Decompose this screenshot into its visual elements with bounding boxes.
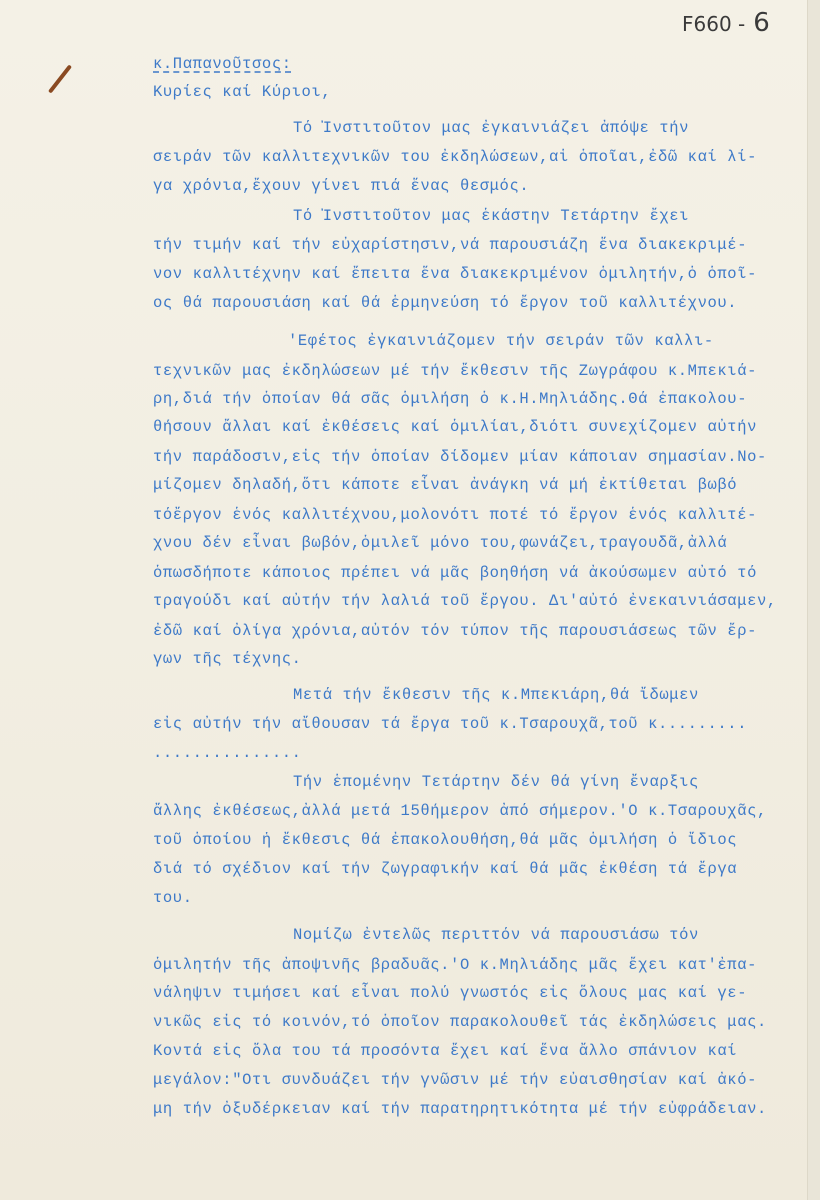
text-line: νον καλλιτέχνην καί ἔπειτα ἕνα διακεκριμ… <box>153 264 757 284</box>
text-line: τεχνικῶν μας ἐκδηλώσεων μέ τήν ἔκθεσιν τ… <box>153 361 757 381</box>
text-line: ............... <box>153 743 302 763</box>
speaker-heading: κ.Παπανοῦτσος: <box>153 54 292 74</box>
ref-page-number: 6 <box>753 8 770 38</box>
text-line: χνου δέν εἶναι βωβόν,ὁμιλεῖ μόνο του,φων… <box>153 533 727 553</box>
text-line: ὁμιλητήν τῆς ἀποψινῆς βραδυᾶς.'Ο κ.Μηλιά… <box>153 955 757 975</box>
text-line: ος θά παρουσιάση καί θά ἑρμηνεύση τό ἔργ… <box>153 293 737 313</box>
text-line: ρη,διά τήν ὁποίαν θά σᾶς ὁμιλήση ὁ κ.Η.Μ… <box>153 389 747 409</box>
text-line: θήσουν ἄλλαι καί ἐκθέσεις καί ὁμιλίαι,δι… <box>153 417 757 437</box>
text-line: τόἔργον ἑνός καλλιτέχνου,μολονότι ποτέ τ… <box>153 505 757 525</box>
text-line: Νομίζω ἐντελῶς περιττόν νά παρουσιάσω τό… <box>293 925 699 945</box>
text-line: τήν τιμήν καί τήν εὐχαρίστησιν,νά παρουσ… <box>153 235 747 255</box>
text-line: Κοντά εἰς ὅλα του τά προσόντα ἔχει καί ἕ… <box>153 1041 737 1061</box>
text-line: ἐδῶ καί ὀλίγα χρόνια,αὐτόν τόν τύπον τῆς… <box>153 621 757 641</box>
archive-reference: F660 -6 <box>682 8 770 38</box>
text-line: Μετά τήν ἔκθεσιν τῆς κ.Μπεκιάρη,θά ἴδωμε… <box>293 685 699 705</box>
text-line: τοῦ ὁποίου ἡ ἔκθεσις θά ἐπακολουθήση,θά … <box>153 830 737 850</box>
page-edge <box>807 0 820 1200</box>
text-line: γα χρόνια,ἔχουν γίνει πιά ἕνας θεσμός. <box>153 176 529 196</box>
text-line: Τό Ἰνστιτοῦτον μας ἐγκαινιάζει ἀπόψε τήν <box>293 118 689 138</box>
text-line: Κυρίες καί Κύριοι, <box>153 82 331 102</box>
text-line: εἰς αὐτήν τήν αἴθουσαν τά ἔργα τοῦ κ.Τσα… <box>153 714 747 734</box>
text-line: Τήν ἑπομένην Τετάρτην δέν θά γίνη ἔναρξι… <box>293 772 699 792</box>
text-line: μη τήν ὀξυδέρκειαν καί τήν παρατηρητικότ… <box>153 1099 767 1119</box>
text-line: σειράν τῶν καλλιτεχνικῶν του ἐκδηλώσεων,… <box>153 147 757 167</box>
text-line: νάληψιν τιμήσει καί εἶναι πολύ γνωστός ε… <box>153 983 747 1003</box>
text-line: ἄλλης ἐκθέσεως,ἀλλά μετά 15θήμερον ἀπό σ… <box>153 801 767 821</box>
text-line: 'Εφέτος ἐγκαινιάζομεν τήν σειράν τῶν καλ… <box>288 331 714 351</box>
text-line: ὁπωσδήποτε κάποιος πρέπει νά μᾶς βοηθήση… <box>153 563 757 583</box>
ref-code: F660 - <box>682 12 745 36</box>
text-line: μίζομεν δηλαδή,ὅτι κάποτε εἶναι ἀνάγκη ν… <box>153 475 737 495</box>
text-line: διά τό σχέδιον καί τήν ζωγραφικήν καί θά… <box>153 859 737 879</box>
text-line: μεγάλον:"Οτι συνδυάζει τήν γνῶσιν μέ τήν… <box>153 1070 757 1090</box>
text-line: τήν παράδοσιν,εἰς τήν ὁποίαν δίδομεν μία… <box>153 447 767 467</box>
text-line: του. <box>153 888 193 908</box>
text-line: γων τῆς τέχνης. <box>153 649 302 669</box>
text-line: νικῶς εἰς τό κοινόν,τό ὁποῖον παρακολουθ… <box>153 1012 767 1032</box>
text-line: Τό Ἰνστιτοῦτον μας ἑκάστην Τετάρτην ἔχει <box>293 206 689 226</box>
text-line: τραγούδι καί αὐτήν τήν λαλιά τοῦ ἔργου. … <box>153 591 777 611</box>
